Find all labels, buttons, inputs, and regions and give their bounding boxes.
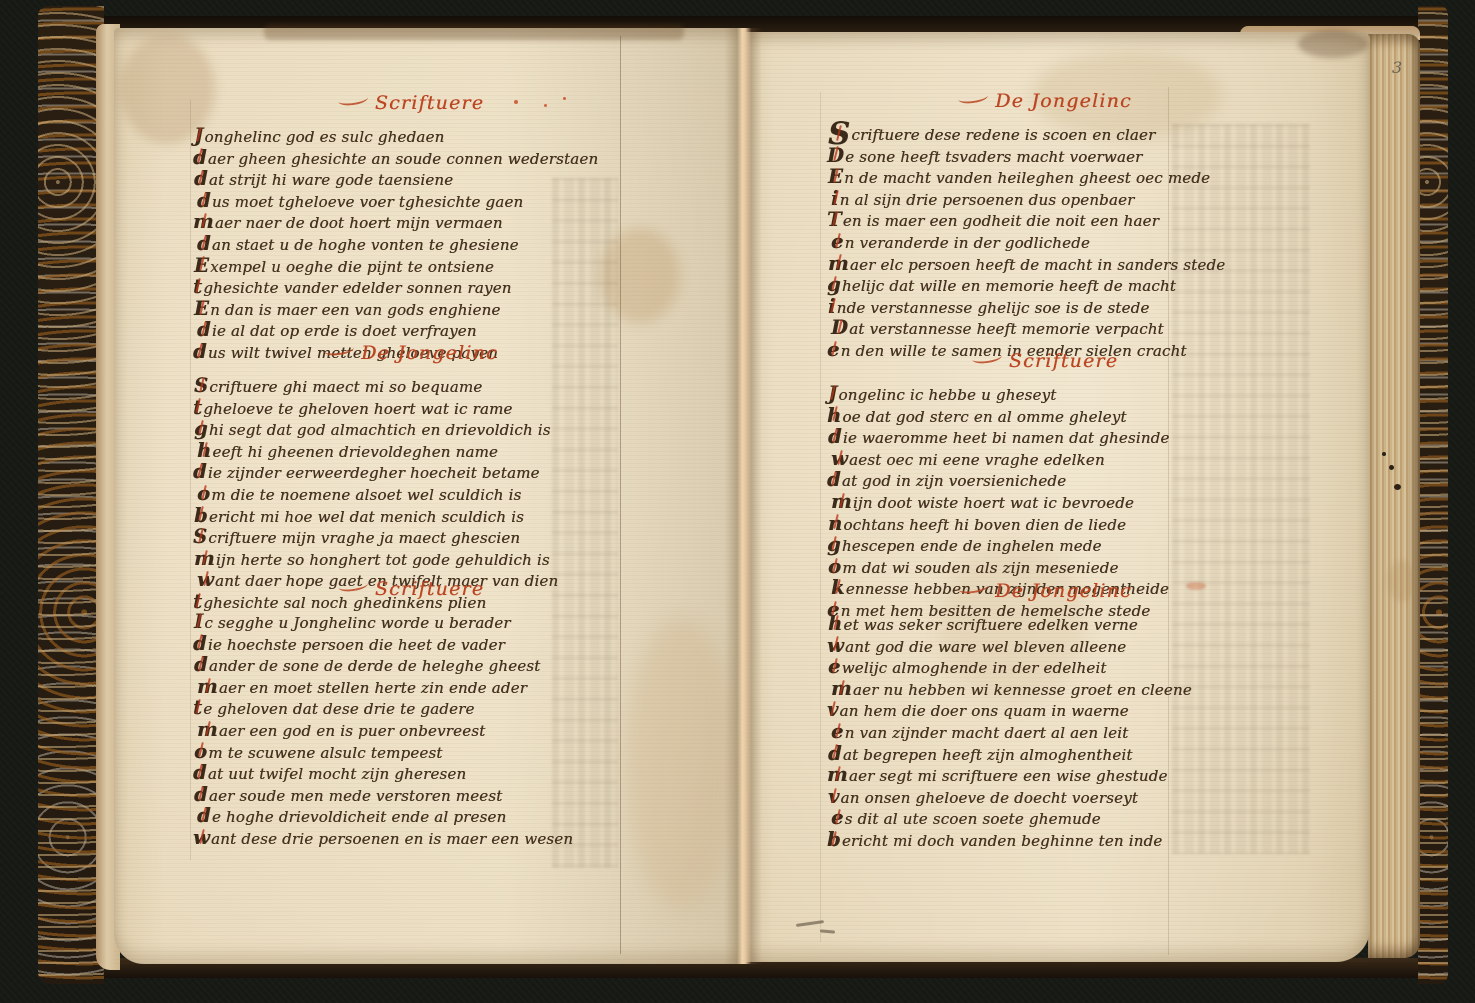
verse-line: bericht mi hoe wel dat menich sculdich i… [194, 506, 628, 528]
rubricated-initial: d [193, 763, 207, 784]
rubricated-initial: t [193, 398, 202, 419]
verse-line: het was seker scriftuere edelken verne [828, 614, 1262, 636]
binding-board-left [38, 6, 104, 984]
verse-line: mijn doot wiste hoert wat ic bevroede [831, 492, 1262, 514]
verse-line: Scriftuere ghi maect mi so bequame [194, 376, 628, 398]
rubricated-initial: g [827, 275, 841, 296]
verse-line: dat begrepen heeft zijn almoghentheit [828, 744, 1262, 766]
rubricated-initial: g [827, 535, 841, 556]
rubricated-initial: d [193, 148, 207, 169]
verse-line: dat uut twifel mocht zijn gheresen [193, 763, 628, 785]
verse-section: Scriftuere Jonghelinc god es sulc ghedae… [194, 94, 628, 364]
stain [626, 618, 736, 908]
rubricated-initial: t [193, 277, 202, 298]
rubricated-initial: m [827, 765, 848, 786]
verse-line: dander de sone de derde de heleghe ghees… [194, 655, 628, 677]
rubricated-initial: v [828, 787, 840, 808]
binding-board-right [1418, 6, 1448, 984]
rubricated-initial: m [194, 549, 215, 570]
verse-line: dat strijt hi ware gode taensiene [194, 169, 628, 191]
rubricated-initial: d [193, 634, 207, 655]
rubricated-initial: h [197, 441, 211, 462]
rubricated-initial: T [827, 210, 842, 231]
rubricated-initial: v [827, 700, 839, 721]
verse-line: tghesichte vander edelder sonnen rayen [193, 277, 628, 299]
rubricated-initial: i [831, 189, 839, 210]
rubricated-initial: e [831, 722, 844, 743]
verse-line: ewelijc almoghende in der edelheit [828, 657, 1262, 679]
rubric-heading: De Jongelinc [828, 582, 1262, 601]
verse-line: de hoghe drievoldicheit ende al presen [197, 806, 628, 828]
verse-line: maer elc persoen heeft de macht in sande… [828, 254, 1262, 276]
verse-line: dat god in zijn voersienichede [827, 470, 1262, 492]
verse-line: hoe dat god sterc en al omme gheleyt [827, 406, 1262, 428]
folio-number: 3 [1392, 58, 1402, 77]
verse-line: maer segt mi scriftuere een wise ghestud… [827, 765, 1262, 787]
rubricated-initial: E [194, 299, 209, 320]
verse-line: maer nu hebben wi kennesse groet en clee… [831, 679, 1262, 701]
ink-dot [1382, 452, 1386, 456]
rubric-heading: De Jongelinc [828, 92, 1262, 111]
verse-line: in al sijn drie persoenen dus openbaer [831, 189, 1262, 211]
verse-line: die hoechste persoen die heet de vader [193, 634, 628, 656]
rubricated-initial: S [194, 376, 208, 397]
rubric-heading: Scriftuere [194, 94, 628, 113]
verse-line: te gheloven dat dese drie te gadere [193, 698, 628, 720]
rubricated-initial: m [828, 254, 849, 275]
verse-line: ghelijc dat wille en memorie heeft de ma… [827, 275, 1262, 297]
ruling-line [190, 100, 191, 860]
ink-smudge [820, 929, 835, 933]
verse-line: Dat verstannesse heeft memorie verpacht [831, 318, 1262, 340]
verse-section: De Jongelinc het was seker scriftuere ed… [828, 582, 1262, 852]
rubricated-initial: d [827, 470, 841, 491]
verse-line: daer gheen ghesichte an soude connen wed… [193, 148, 628, 170]
rubricated-initial: d [193, 462, 207, 483]
ink-dot [1394, 484, 1401, 490]
verse-line: want god die ware wel bleven alleene [827, 636, 1262, 658]
rubricated-initial: o [828, 557, 841, 578]
stain [1298, 30, 1368, 58]
verse-line: ghi segt dat god almachtich en drievoldi… [194, 419, 628, 441]
verse-section: De Jongelinc Scriftuere ghi maect mi so … [194, 344, 628, 614]
rubricated-initial: n [828, 514, 842, 535]
verse-line: om te scuwene alsulc tempeest [194, 742, 628, 764]
page-right: 3 De Jongelinc Scriftuere dese redene is… [742, 32, 1370, 962]
rubricated-initial: d [828, 427, 842, 448]
rubricated-initial: d [197, 320, 211, 341]
verse-line: van onsen gheloeve de doecht voerseyt [828, 787, 1262, 809]
verse-line: om dat wi souden als zijn meseniede [828, 557, 1262, 579]
rubricated-initial: d [197, 234, 211, 255]
rubricated-initial: o [197, 484, 210, 505]
verse-line: Scriftuere mijn vraghe ja maect ghescien [193, 527, 628, 549]
rubricated-initial: E [828, 167, 843, 188]
verse-line: bericht mi doch vanden beghinne ten inde [827, 830, 1262, 852]
rubric-heading: Scriftuere [828, 352, 1262, 371]
rubricated-initial: m [831, 492, 852, 513]
rubricated-initial: m [831, 679, 852, 700]
verse-line: waest oec mi eene vraghe edelken [831, 449, 1262, 471]
rubricated-initial: S [828, 124, 850, 146]
verse-line: nochtans heeft hi boven dien de liede [828, 514, 1262, 536]
rubricated-initial: S [193, 527, 207, 548]
rubricated-initial: d [194, 655, 208, 676]
rubricated-initial: d [197, 191, 211, 212]
verse-line: die waeromme heet bi namen dat ghesinde [828, 427, 1262, 449]
verse-line: Ic segghe u Jonghelinc worde u berader [194, 612, 628, 634]
rubricated-initial: J [194, 126, 203, 147]
manuscript-photo: Scriftuere Jonghelinc god es sulc ghedae… [0, 0, 1475, 1003]
verse-line: die al dat op erde is doet verfrayen [197, 320, 628, 342]
verse-line: inde verstannesse ghelijc soe is de sted… [828, 297, 1262, 319]
rubricated-initial: b [827, 830, 841, 851]
rubricated-initial: m [197, 677, 218, 698]
rubricated-initial: d [197, 806, 211, 827]
verse-line: es dit al ute scoen soete ghemude [831, 808, 1262, 830]
verse-line: Exempel u oeghe die pijnt te ontsiene [194, 256, 628, 278]
verse-line: En de macht vanden heileghen gheest oec … [828, 167, 1262, 189]
verse-line: Jonghelinc god es sulc ghedaen [194, 126, 628, 148]
rubricated-initial: m [197, 720, 218, 741]
page-edges-foredge [1368, 34, 1420, 958]
verse-line: Scriftuere dese redene is scoen en claer [828, 124, 1262, 146]
rubricated-initial: D [827, 146, 844, 167]
verse-section: Scriftuere Ic segghe u Jonghelinc worde … [194, 580, 628, 850]
verse-line: en veranderde in der godlichede [831, 232, 1262, 254]
rubricated-initial: g [194, 419, 208, 440]
verse-line: want dese drie persoenen en is maer een … [193, 828, 628, 850]
rubricated-initial: J [828, 384, 837, 405]
rubricated-initial: w [827, 636, 844, 657]
rubricated-initial: o [194, 742, 207, 763]
rubric-heading: Scriftuere [194, 580, 628, 599]
verse-line: maer een god en is puer onbevreest [197, 720, 628, 742]
verse-line: maer en moet stellen herte zin ende ader [197, 677, 628, 699]
verse-line: Ten is maer een godheit die noit een hae… [827, 210, 1262, 232]
verse-line: van hem die doer ons quam in waerne [827, 700, 1262, 722]
verse-line: maer naer de doot hoert mijn vermaen [193, 212, 628, 234]
rubricated-initial: m [193, 212, 214, 233]
verse-line: en van zijnder macht daert al aen leit [831, 722, 1262, 744]
verse-line: die zijnder eerweerdegher hoecheit betam… [193, 462, 628, 484]
verse-line: tgheloeve te gheloven hoert wat ic rame [193, 398, 628, 420]
verse-line: De sone heeft tsvaders macht voerwaer [827, 146, 1262, 168]
rubricated-initial: D [831, 318, 848, 339]
rubricated-initial: I [194, 612, 203, 633]
verse-section: De Jongelinc Scriftuere dese redene is s… [828, 92, 1262, 362]
page-left: Scriftuere Jonghelinc god es sulc ghedae… [114, 28, 742, 964]
verse-line: dus moet tgheloeve voer tghesichte gaen [197, 191, 628, 213]
rubricated-initial: w [831, 449, 848, 470]
verse-line: om die te noemene alsoet wel sculdich is [197, 484, 628, 506]
rubricated-initial: e [828, 657, 841, 678]
verse-line: Jongelinc ic hebbe u gheseyt [828, 384, 1262, 406]
rubricated-initial: h [827, 406, 841, 427]
rubricated-initial: d [828, 744, 842, 765]
ruling-line [820, 92, 821, 942]
verse-line: dan staet u de hoghe vonten te ghesiene [197, 234, 628, 256]
rubricated-initial: t [193, 698, 202, 719]
rubricated-initial: h [828, 614, 842, 635]
rubricated-initial: d [194, 169, 208, 190]
verse-line: heeft hi gheenen drievoldeghen name [197, 441, 628, 463]
verse-line: mijn herte so honghert tot gode gehuldic… [194, 549, 628, 571]
rubricated-initial: i [828, 297, 836, 318]
verse-line: ghescepen ende de inghelen mede [827, 535, 1262, 557]
ink-dot [1389, 465, 1394, 470]
verse-line: daer soude men mede verstoren meest [194, 785, 628, 807]
rubricated-initial: b [194, 506, 208, 527]
verse-line: En dan is maer een van gods enghiene [194, 299, 628, 321]
rubric-heading: De Jongelinc [194, 344, 628, 363]
rubricated-initial: w [193, 828, 210, 849]
rubricated-initial: e [831, 808, 844, 829]
rubricated-initial: e [831, 232, 844, 253]
rubricated-initial: d [194, 785, 208, 806]
rubricated-initial: E [194, 256, 209, 277]
